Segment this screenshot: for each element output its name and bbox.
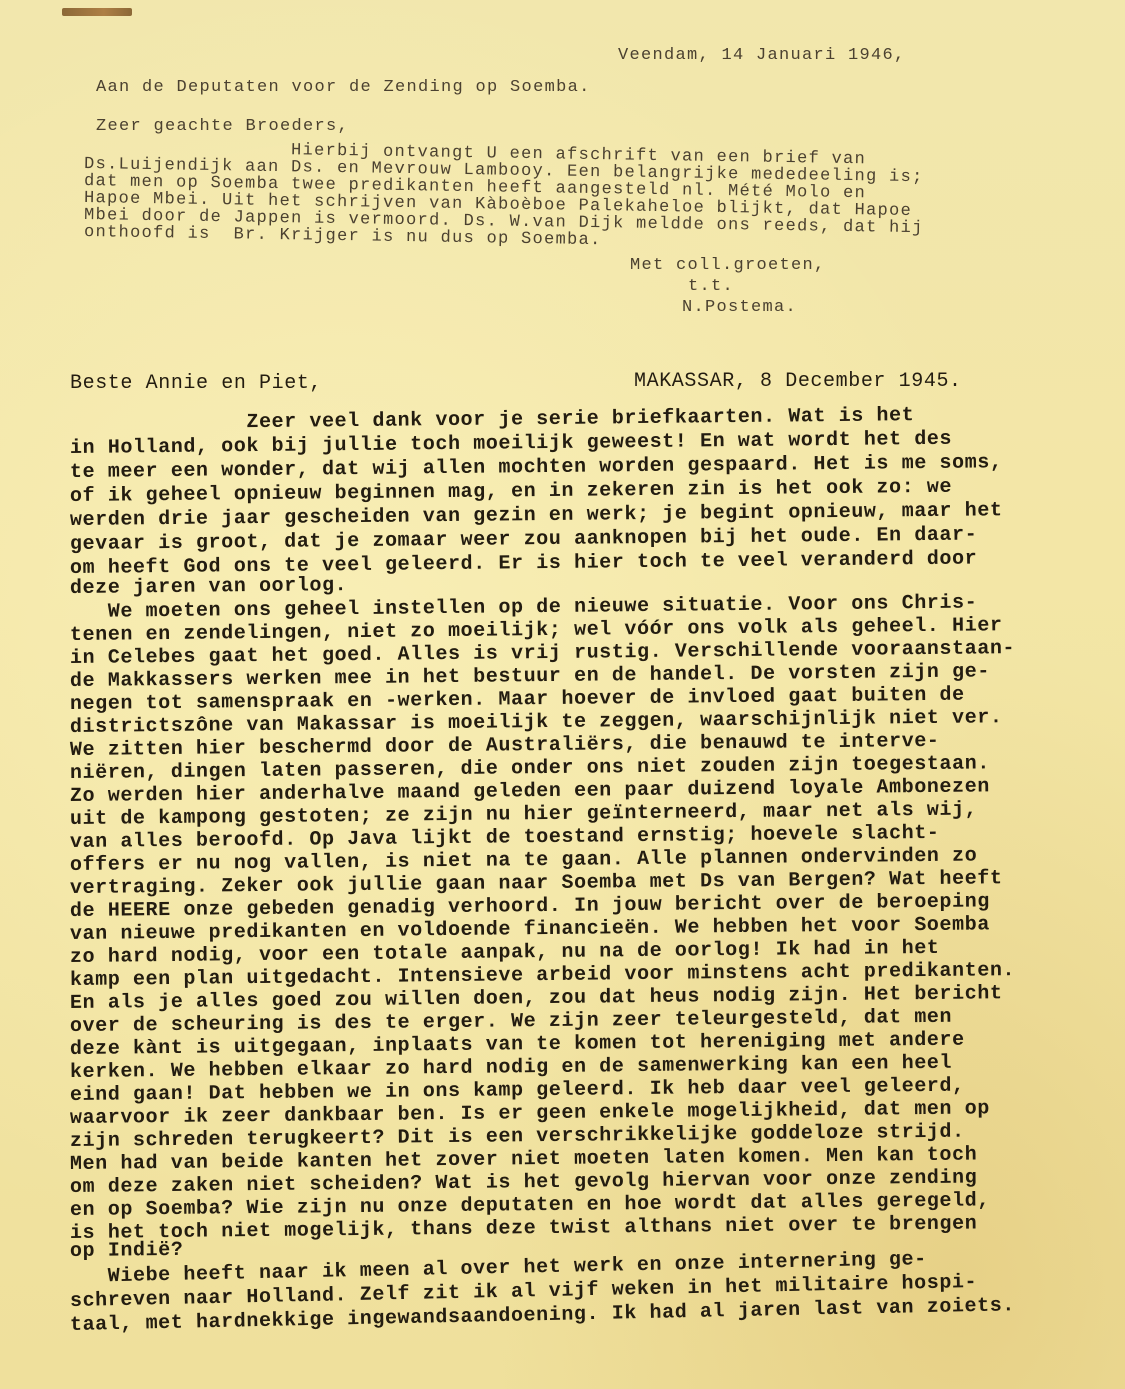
typed-letter-page: Veendam, 14 Januari 1946, Aan de Deputat… [0, 0, 1125, 1389]
cover-addressee: Aan de Deputaten voor de Zending op Soem… [96, 78, 591, 97]
cover-signature: N.Postema. [682, 298, 797, 317]
cover-closing-tt: t.t. [688, 277, 734, 296]
cover-closing: Met coll.groeten, [630, 256, 826, 275]
letter-place-date: MAKASSAR, 8 December 1945. [634, 370, 962, 393]
letter-body-line: op Indië? [70, 1239, 184, 1263]
letter-body-line: deze jaren van oorlog. [70, 574, 347, 600]
cover-place-date: Veendam, 14 Januari 1946, [618, 46, 906, 65]
cover-salutation: Zeer geachte Broeders, [96, 117, 349, 136]
tape-strip [62, 8, 132, 16]
letter-salutation: Beste Annie en Piet, [70, 372, 322, 395]
